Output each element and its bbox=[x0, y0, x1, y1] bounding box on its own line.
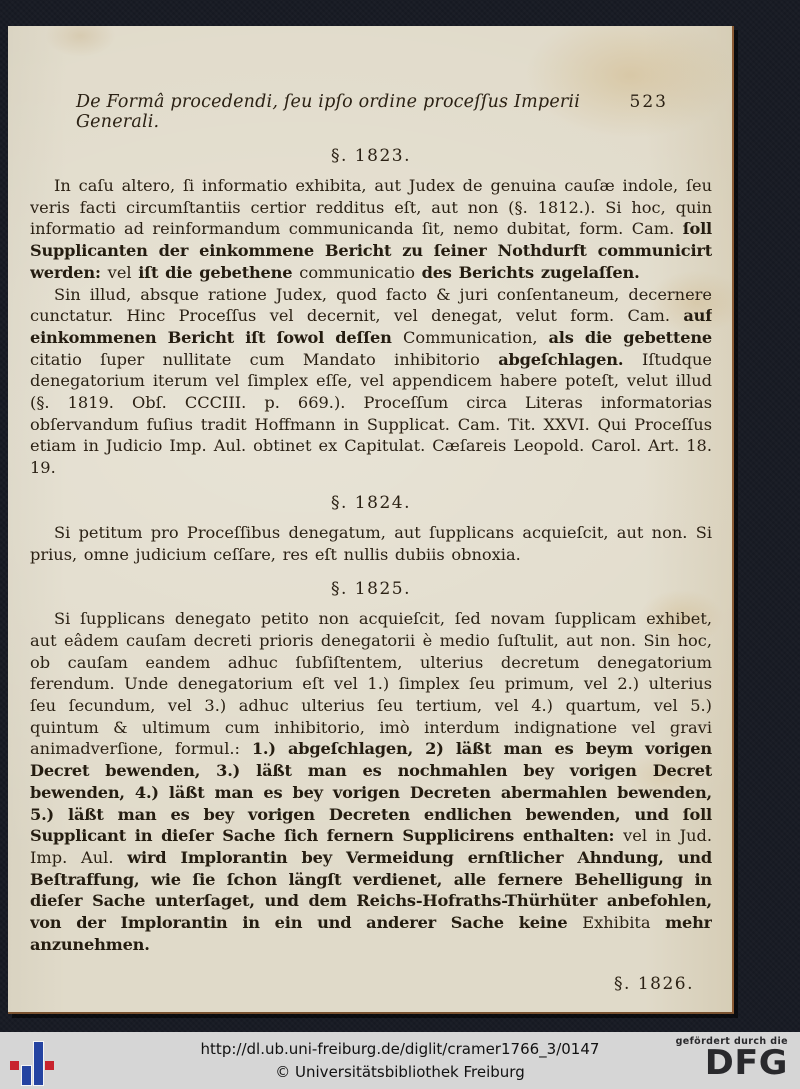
antiqua-text-run: Si ſupplicans denegato petito non acquie… bbox=[30, 609, 712, 758]
paragraph: Sin illud, absque ratione Judex, quod fa… bbox=[30, 284, 712, 479]
antiqua-text-run: vel bbox=[108, 263, 139, 282]
page-number: 523 bbox=[630, 92, 668, 112]
book-page: De Formâ procedendi, ſeu ipſo ordine pro… bbox=[8, 26, 734, 1014]
paragraph: Si petitum pro Proceſſibus denegatum, au… bbox=[30, 522, 712, 565]
page-content: De Formâ procedendi, ſeu ipſo ordine pro… bbox=[30, 92, 712, 1002]
antiqua-text-run: Si petitum pro Proceſſibus denegatum, au… bbox=[30, 523, 712, 564]
antiqua-text-run: Sin illud, absque ratione Judex, quod fa… bbox=[30, 285, 712, 326]
section-heading: §. 1824. bbox=[30, 493, 712, 513]
running-title: De Formâ procedendi, ſeu ipſo ordine pro… bbox=[76, 92, 630, 132]
fraktur-text-run: des Berichts zugelaſſen. bbox=[422, 263, 640, 282]
paragraph: Si ſupplicans denegato petito non acquie… bbox=[30, 608, 712, 955]
scan-background: De Formâ procedendi, ſeu ipſo ordine pro… bbox=[0, 0, 800, 1032]
section-heading: §. 1823. bbox=[30, 146, 712, 166]
dfg-logo-text: DFG bbox=[705, 1047, 788, 1080]
antiqua-text-run: In caſu altero, ſi informatio exhibita, … bbox=[30, 176, 712, 238]
antiqua-text-run: Exhibita bbox=[582, 913, 665, 932]
paragraph: In caſu altero, ſi informatio exhibita, … bbox=[30, 175, 712, 284]
antiqua-text-run: Communication, bbox=[403, 328, 549, 347]
antiqua-text-run: communicatio bbox=[299, 263, 421, 282]
section-heading: §. 1826. bbox=[30, 974, 712, 994]
running-header: De Formâ procedendi, ſeu ipſo ordine pro… bbox=[30, 92, 712, 132]
page-sections: §. 1823.In caſu altero, ſi informatio ex… bbox=[30, 146, 712, 994]
fraktur-text-run: abgeſchlagen. bbox=[498, 350, 642, 369]
fraktur-text-run: iſt die gebethene bbox=[138, 263, 299, 282]
section-heading: §. 1825. bbox=[30, 579, 712, 599]
viewer-footer: http://dl.ub.uni-freiburg.de/diglit/cram… bbox=[0, 1032, 800, 1089]
antiqua-text-run: citatio ſuper nullitate cum Mandato inhi… bbox=[30, 350, 498, 369]
dfg-logo-icon: gefördert durch die DFG bbox=[676, 1036, 788, 1081]
fraktur-text-run: als die gebettene bbox=[548, 328, 712, 347]
scanned-book-viewer: De Formâ procedendi, ſeu ipſo ordine pro… bbox=[0, 0, 800, 1089]
